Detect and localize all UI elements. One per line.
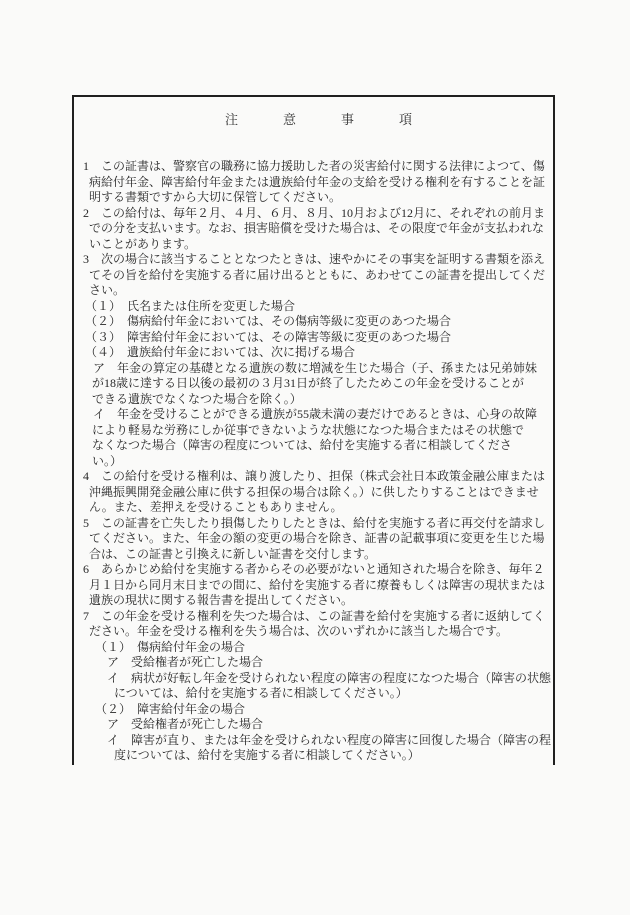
text-line: 合は、この証書と引換えに新しい証書を交付します。 <box>89 547 551 563</box>
text-line: 明する書類ですから大切に保管してください。 <box>89 190 551 206</box>
text-line: ア 受給権者が死亡した場合 <box>107 717 551 733</box>
text-line: （１） 氏名または住所を変更した場合 <box>85 299 551 315</box>
notice-title: 注意事項 <box>225 111 553 128</box>
text-line: 遺族の現状に関する報告書を提出してください。 <box>89 593 551 609</box>
notice-body: 1 この証書は、警察官の職務に協力援助した者の災害給付に関する法律によつて、傷病… <box>74 159 553 764</box>
text-line: 1 この証書は、警察官の職務に協力援助した者の災害給付に関する法律によつて、傷 <box>83 159 551 175</box>
text-line: 7 この年金を受ける権利を失つた場合は、この証書を給付を実施する者に返納してく <box>83 609 551 625</box>
text-line: さい。 <box>89 283 551 299</box>
text-line: （１） 傷病給付年金の場合 <box>95 640 551 656</box>
text-line: 2 この給付は、毎年２月、４月、６月、８月、10月および12月に、それぞれの前月… <box>83 206 551 222</box>
text-line: ださい。年金を受ける権利を失う場合は、次のいずれかに該当した場合です。 <box>89 624 551 640</box>
notice-box: 注意事項 1 この証書は、警察官の職務に協力援助した者の災害給付に関する法律によ… <box>72 95 555 765</box>
document-page: 注意事項 1 この証書は、警察官の職務に協力援助した者の災害給付に関する法律によ… <box>0 0 630 915</box>
text-line: 沖縄振興開発金融公庫に供する担保の場合は除く。）に供したりすることはできませ <box>89 485 551 501</box>
text-line: イ 障害が直り、または年金を受けられない程度の障害に回復した場合（障害の程 <box>107 733 551 749</box>
text-line: イ 病状が好転し年金を受けられない程度の障害の程度になつた場合（障害の状態 <box>107 671 551 687</box>
text-line: 度については、給付を実施する者に相談してください。） <box>114 748 551 764</box>
text-line: （２） 障害給付年金の場合 <box>95 702 551 718</box>
text-line: 5 この証書を亡失したり損傷したりしたときは、給付を実施する者に再交付を請求し <box>83 516 551 532</box>
text-line: （４） 遺族給付年金においては、次に掲げる場合 <box>85 345 551 361</box>
text-line: できる遺族でなくなつた場合を除く。） <box>92 392 551 408</box>
text-line: 病給付年金、障害給付年金または遺族給付年金の支給を受ける権利を有することを証 <box>89 175 551 191</box>
text-line: により軽易な労務にしか従事できないような状態になつた場合またはその状態で <box>92 423 551 439</box>
text-line: が18歳に達する日以後の最初の３月31日が終了したためこの年金を受けることが <box>92 376 551 392</box>
text-line: 4 この給付を受ける権利は、譲り渡したり、担保（株式会社日本政策金融公庫または <box>83 469 551 485</box>
text-line: ア 受給権者が死亡した場合 <box>107 655 551 671</box>
text-line: ア 年金の算定の基礎となる遺族の数に増減を生じた場合（子、孫または兄弟姉妹 <box>93 361 551 377</box>
text-line: イ 年金を受けることができる遺族が55歳未満の妻だけであるときは、心身の故障 <box>93 407 551 423</box>
text-line: での分を支払います。なお、損害賠償を受けた場合は、その限度で年金が支払われな <box>89 221 551 237</box>
text-line: てください。また、年金の額の変更の場合を除き、証書の記載事項に変更を生じた場 <box>89 531 551 547</box>
text-line: ん。また、差押えを受けることもありません。 <box>89 500 551 516</box>
text-line: 月１日から同月末日までの間に、給付を実施する者に療養もしくは障害の現状または <box>89 578 551 594</box>
text-line: （３） 障害給付年金においては、その障害等級に変更のあつた場合 <box>85 330 551 346</box>
text-line: （２） 傷病給付年金においては、その傷病等級に変更のあつた場合 <box>85 314 551 330</box>
text-line: 6 あらかじめ給付を実施する者からその必要がないと通知された場合を除き、毎年２ <box>83 562 551 578</box>
text-line: については、給付を実施する者に相談してください。） <box>114 686 551 702</box>
text-line: いことがあります。 <box>89 237 551 253</box>
text-line: い。） <box>92 454 551 470</box>
text-line: 3 次の場合に該当することとなつたときは、速やかにその事実を証明する書類を添え <box>83 252 551 268</box>
text-line: てその旨を給付を実施する者に届け出るとともに、あわせてこの証書を提出してくだ <box>89 268 551 284</box>
text-line: なくなつた場合（障害の程度については、給付を実施する者に相談してくださ <box>92 438 551 454</box>
